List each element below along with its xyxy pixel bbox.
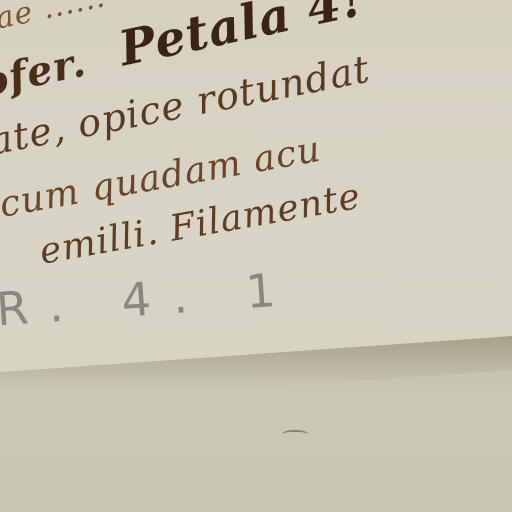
handwritten-line-2: ofer. xyxy=(0,39,90,107)
pencil-annotation: R. 4. 1 xyxy=(0,262,299,337)
paper-fiber xyxy=(282,430,308,438)
handwritten-line-1: ae ...... xyxy=(0,0,109,37)
manuscript-page: ae ...... ofer. Petala 4! ate, opice rot… xyxy=(0,0,512,372)
